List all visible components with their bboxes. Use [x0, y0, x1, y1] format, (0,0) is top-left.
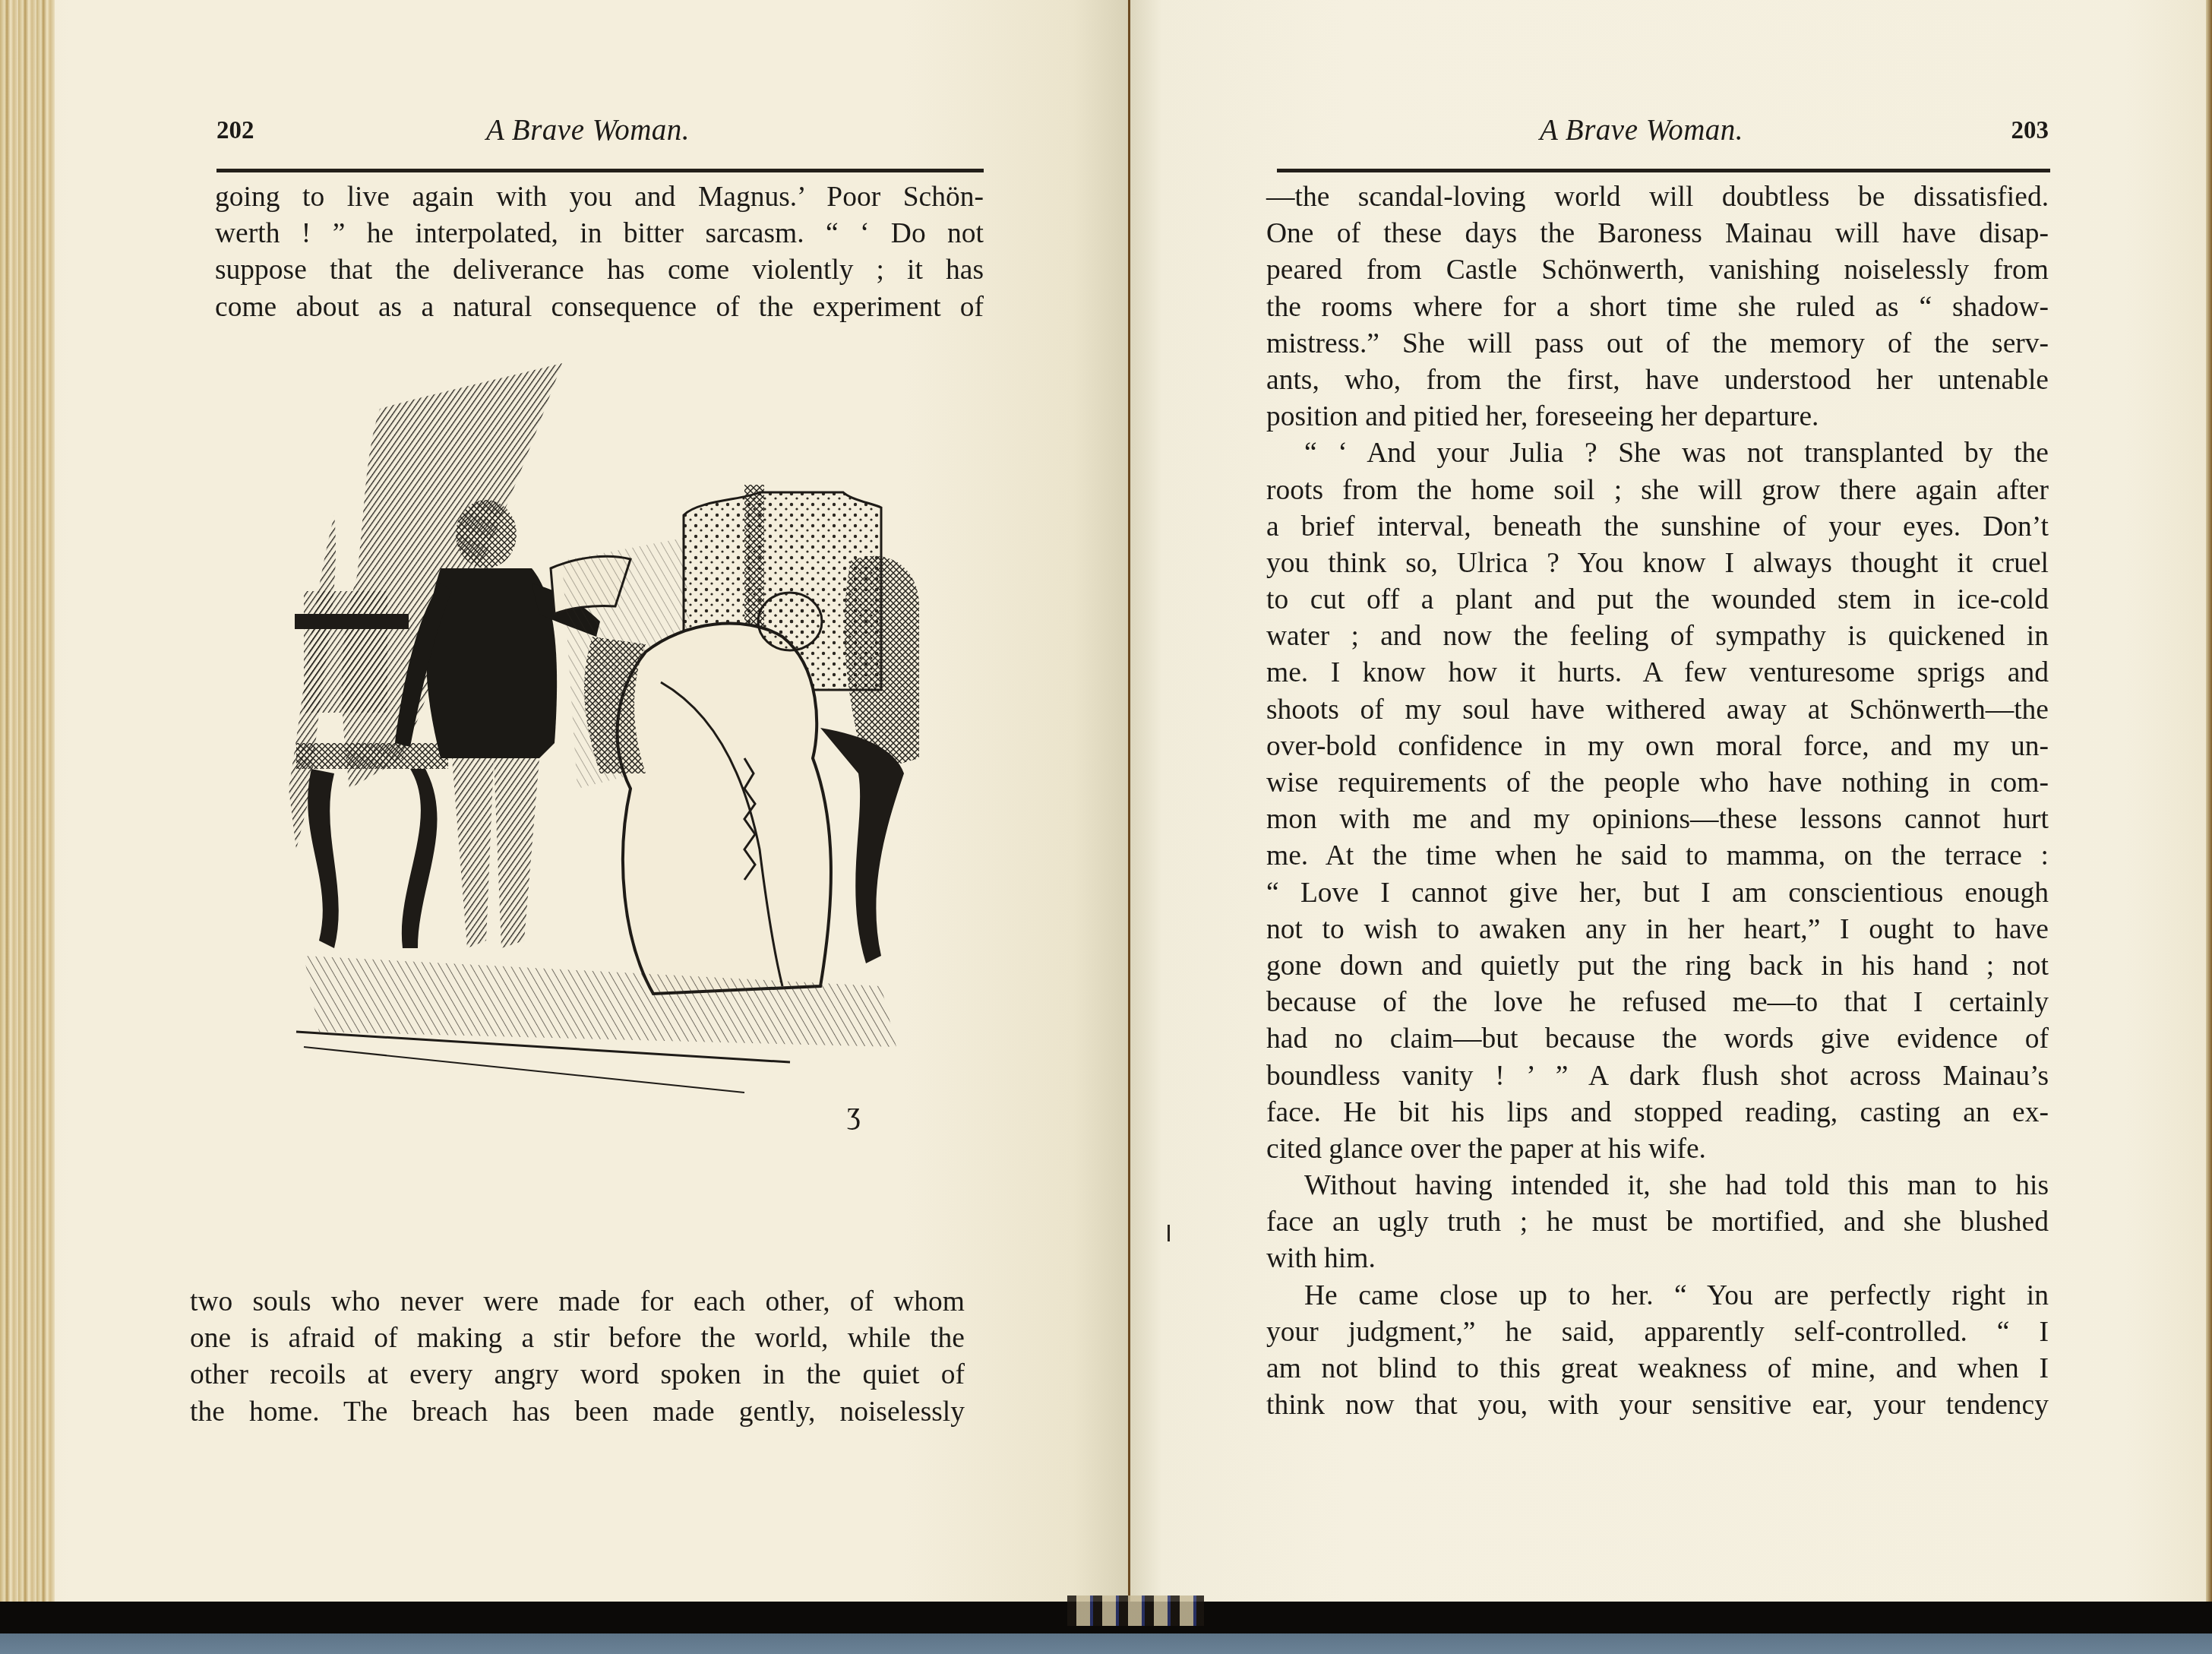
text-line: am not blind to this great weakness of m… [1266, 1351, 2049, 1387]
text-line: you think so, Ulrica ? You know I always… [1266, 546, 2049, 582]
text-line: me. I know how it hurts. A few ventureso… [1266, 655, 2049, 691]
right-body-text: —the scandal-loving world will doubtless… [1266, 179, 2049, 1424]
text-line: had no claim—but because the words give … [1266, 1021, 2049, 1058]
text-line: “ ‘ And your Julia ? She was not transpl… [1266, 435, 2049, 472]
left-page: 202 A Brave Woman. going to live again w… [0, 0, 1130, 1602]
text-line: your judgment,” he said, apparently self… [1266, 1314, 2049, 1351]
text-line: other recoils at every angry word spoken… [190, 1357, 965, 1393]
running-title: A Brave Woman. [1540, 108, 1743, 153]
text-line: He came close up to her. “ You are perfe… [1266, 1278, 2049, 1314]
artist-signature: ʒ [847, 1096, 861, 1130]
right-page: A Brave Woman. 203 —the scandal-loving w… [1130, 0, 2212, 1602]
text-line: wise requirements of the people who have… [1266, 765, 2049, 802]
text-line: a brief interval, beneath the sunshine o… [1266, 509, 2049, 546]
left-top-text: going to live again with you and Magnus.… [215, 179, 984, 326]
text-line: over-bold confidence in my own moral for… [1266, 729, 2049, 765]
text-line: mistress.” She will pass out of the memo… [1266, 326, 2049, 362]
left-running-head: 202 A Brave Woman. [216, 108, 984, 153]
text-line: gone down and quietly put the ring back … [1266, 948, 2049, 985]
page-stack-edges [0, 0, 55, 1602]
text-line: mon with me and my opinions—these lesson… [1266, 802, 2049, 838]
text-line: water ; and now the feeling of sympathy … [1266, 618, 2049, 655]
text-line: Without having intended it, she had told… [1266, 1168, 2049, 1204]
book-headband [1067, 1595, 1204, 1626]
text-line: ants, who, from the first, have understo… [1266, 362, 2049, 399]
text-line: —the scandal-loving world will doubtless… [1266, 179, 2049, 216]
text-line: think now that you, with your sensitive … [1266, 1387, 2049, 1424]
ink-mark [1168, 1225, 1170, 1241]
text-line: two souls who never were made for each o… [190, 1284, 965, 1320]
text-line: werth ! ” he interpolated, in bitter sar… [215, 216, 984, 252]
text-line: going to live again with you and Magnus.… [215, 179, 984, 216]
text-line: come about as a natural consequence of t… [215, 289, 984, 326]
text-line: boundless vanity ! ’ ” A dark flush shot… [1266, 1058, 2049, 1095]
engraving-illustration: ʒ [289, 363, 919, 1267]
text-line: One of these days the Baroness Mainau wi… [1266, 216, 2049, 252]
page-number: 202 [216, 108, 254, 153]
text-line: because of the love he refused me—to tha… [1266, 985, 2049, 1021]
page-number: 203 [2011, 108, 2049, 153]
text-line: peared from Castle Schönwerth, vanishing… [1266, 252, 2049, 289]
book-gutter [1128, 0, 1130, 1602]
text-line: “ Love I cannot give her, but I am consc… [1266, 875, 2049, 912]
text-line: roots from the home soil ; she will grow… [1266, 473, 2049, 509]
running-title: A Brave Woman. [486, 108, 690, 153]
text-line: to cut off a plant and put the wounded s… [1266, 582, 2049, 618]
text-line: not to wish to awaken any in her heart,”… [1266, 912, 2049, 948]
text-line: the home. The breach has been made gentl… [190, 1394, 965, 1431]
text-line: the rooms where for a short time she rul… [1266, 289, 2049, 326]
page-edge-right [2206, 0, 2212, 1602]
text-line: shoots of my soul have withered away at … [1266, 692, 2049, 729]
text-line: face an ugly truth ; he must be mortifie… [1266, 1204, 2049, 1241]
text-line: me. At the time when he said to mamma, o… [1266, 838, 2049, 874]
text-line: one is afraid of making a stir before th… [190, 1320, 965, 1357]
header-rule [216, 169, 984, 172]
text-line: position and pitied her, foreseeing her … [1266, 399, 2049, 435]
text-line: suppose that the deliverance has come vi… [215, 252, 984, 289]
text-line: face. He bit his lips and stopped readin… [1266, 1095, 2049, 1131]
text-line: cited glance over the paper at his wife. [1266, 1131, 2049, 1168]
text-line: with him. [1266, 1241, 2049, 1277]
left-bottom-text: two souls who never were made for each o… [190, 1284, 965, 1431]
header-rule [1277, 169, 2050, 172]
right-running-head: A Brave Woman. 203 [1266, 108, 2049, 153]
